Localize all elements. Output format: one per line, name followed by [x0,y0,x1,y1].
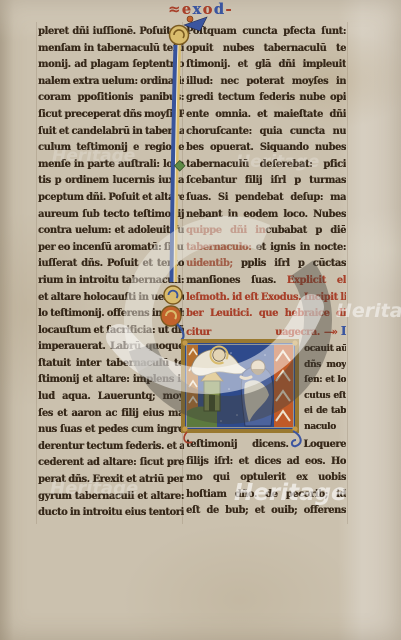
text-segment: ſicut preceperat dñs moyſi. Po [38,109,184,120]
text-line: ſes et aaron ac filij eius ma [38,406,184,423]
text-line: pleret dñi iuſſionē. Poſuit et [38,24,184,41]
text-line: manſiones ſuas. Explicit el [186,273,346,290]
text-segment: ſuit et candelabrū in taberna [38,126,184,137]
text-line: cederent ad altare: ſicut pre [38,455,184,472]
header-flourish: ≈ [168,1,182,18]
text-line: ſtimonij. et glā dñi impleuit [186,57,346,74]
text-line: mo qui optulerit ex uobis [186,470,346,487]
text-segment: pplis iſrl p cūctas [233,258,346,269]
text-line: locauſtum et ſacrificia: ut dñs [38,323,184,340]
text-segment: nebant in eodem loco. Nubes [186,209,346,220]
text-segment: —» [324,327,336,338]
text-segment: filijs iſrl: et dices ad eos. Ho [186,456,346,467]
text-segment: imperauerat. Labrū quoque [38,341,184,352]
text-segment: derentur tectum federis. et ac [38,441,184,452]
text-segment: lud aqua. Laueruntq; moy [38,391,184,402]
text-line: bes opuerat. Siquando nubes [186,140,346,157]
text-line: iuſſerat dñs. Poſuit et tento [38,256,184,273]
right-text-column-beside-initial: ocauit aūdñs moyſen: et locutus eſtei de… [304,342,346,436]
text-segment: ſcebantur filij iſrl p turmas [186,175,346,186]
text-segment: opuit nubes tabernaculū te [186,43,346,54]
text-line: citur uagecra.—»I [186,323,346,340]
text-segment: ſtimonij et altare: implens il [38,374,184,385]
text-segment: cederent ad altare: ſicut pre [38,457,184,468]
text-segment: menſe in parte auſtrali: loca [38,159,184,170]
text-segment: ſtatuit inter tabernaculū te [38,358,184,369]
text-line: ſen: et lo [304,373,346,389]
text-line: ber Leuitici. que hebraice di [186,306,346,323]
text-segment: gredi tectum federis nube opi [186,92,346,103]
text-line: lud aqua. Laueruntq; moy [38,389,184,406]
text-segment: ſtimonij. et glā dñi impleuit [186,59,346,70]
header-letter: x [192,1,202,18]
text-line: ſicut preceperat dñs moyſi. Po [38,107,184,124]
right-text-column-bottom: teſtimonij dicens. Loquerefilijs iſrl: e… [186,437,346,520]
text-segment: dñs moy [304,360,346,370]
text-line: illud: nec poterat moyſes in [186,74,346,91]
text-segment: hoſtiam dño. de pecorib; id [186,489,346,500]
text-segment: aureum ſub tecto teſtimonij [38,209,184,220]
text-segment: choruſcante: quia cuncta nu [186,126,346,137]
text-line: pceptum dñi. Poſuit et altare [38,190,184,207]
text-segment: ducto in introitu eius tentorio. [38,507,184,518]
text-segment: ſuas. Si pendebat deſup: ma [186,192,346,203]
text-segment: bes opuerat. Siquando nubes [186,142,346,153]
text-line: opuit nubes tabernaculū te [186,41,346,58]
left-text-column: pleret dñi iuſſionē. Poſuit etmenſam in … [38,24,184,522]
text-segment: perat dñs. Erexit et atriū per [38,474,184,485]
text-line: tabernaculū deſerebat: pfici [186,157,346,174]
text-line: filijs iſrl: et dices ad eos. Ho [186,454,346,471]
text-segment: tabernaculū deſerebat: pfici [186,159,346,170]
text-segment: ocauit aū [304,344,346,354]
text-segment: rium in introitu tabernaculi: [38,275,184,286]
text-segment: per eo incenſū aromatū: ſicut [38,242,184,253]
text-line: teſtimonij dicens. Loquere [186,437,346,454]
text-segment: tis p ordinem lucernis iuxta [38,175,184,186]
text-line: menſam in tabernaculū teſti [38,41,184,58]
header-flourish: - [225,1,233,18]
header-letter: e [182,1,193,18]
text-line: ei de tab [304,404,346,420]
text-segment: et ignis in nocte: [251,242,346,253]
text-segment: menſam in tabernaculū teſti [38,43,184,54]
text-segment: leſmoth. id eſt Exodus. Incipit li [186,292,346,303]
text-line: rium in introitu tabernaculi: [38,273,184,290]
text-line: nus ſuas et pedes cum ingre [38,422,184,439]
text-segment: uidentib; [186,258,233,269]
text-line: nalem extra uelum: ordinatis [38,74,184,91]
text-segment: iuſſerat dñs. Poſuit et tento [38,258,184,269]
text-segment: ſen: et lo [304,375,346,385]
running-header: ≈exod- [0,1,401,19]
text-line: coram ppoſitionis panibus: [38,90,184,107]
ruling-line [36,22,37,524]
text-line: naculo [304,420,346,436]
text-segment: cutus eſt [304,391,346,401]
header-letter: o [203,1,214,18]
text-line: dñs moy [304,358,346,374]
text-line: hoſtiam dño. de pecorib; id [186,487,346,504]
text-line: ſtimonij et altare: implens il [38,372,184,389]
text-line: ducto in introitu eius tentorio. [38,505,184,522]
text-segment: coram ppoſitionis panibus: [38,92,184,103]
text-segment: I [341,324,346,338]
text-line: per eo incenſū aromatū: ſicut [38,240,184,257]
text-line: ſtatuit inter tabernaculū te [38,356,184,373]
text-line: et altare holocauſti in ueſtibu [38,290,184,307]
text-line: ocauit aū [304,342,346,358]
text-line: tabernaculo: et ignis in nocte: [186,240,346,257]
text-segment: ber Leuitici. que hebraice di [186,308,346,319]
text-line: choruſcante: quia cuncta nu [186,124,346,141]
text-segment: monij. ad plagam ſeptentrio [38,59,184,70]
text-line: perat dñs. Erexit et atriū per [38,472,184,489]
header-letter: d [214,1,226,18]
text-line: gredi tectum federis nube opi [186,90,346,107]
text-segment: manſiones ſuas. [186,275,287,286]
text-segment: cubabat p diē [265,225,346,236]
text-line: ſcebantur filij iſrl p turmas [186,173,346,190]
text-line: ſuas. Si pendebat deſup: ma [186,190,346,207]
text-segment: gyrum tabernaculi et altare: [38,491,184,502]
text-line: uidentib; pplis iſrl p cūctas [186,256,346,273]
text-line: imperauerat. Labrū quoque [38,339,184,356]
text-segment: teſtimonij dicens. Loquere [186,439,346,450]
text-segment: pceptum dñi. Poſuit et altare [38,192,184,203]
text-segment: ſes et aaron ac filij eius ma [38,408,184,419]
text-segment: lo teſtimonij. offerens in eo ho [38,308,184,319]
text-line: eſt de bub; et ouib; offerens [186,503,346,520]
text-segment: tabernaculo: [186,242,251,253]
text-segment: Explicit el [287,275,346,286]
text-segment: pleret dñi iuſſionē. Poſuit et [38,26,184,37]
text-line: tis p ordinem lucernis iuxta [38,173,184,190]
text-line: culum teſtimonij e regione [38,140,184,157]
text-line: monij. ad plagam ſeptentrio [38,57,184,74]
manuscript-page: ≈exod- pleret dñi iuſſionē. Poſuit etmen… [0,0,401,640]
text-segment: Poſtquam cuncta pfecta ſunt: [186,26,346,37]
text-segment: naculo [304,422,336,432]
text-line: menſe in parte auſtrali: loca [38,157,184,174]
text-line: derentur tectum federis. et ac [38,439,184,456]
text-segment: illud: nec poterat moyſes in [186,76,346,87]
text-line: leſmoth. id eſt Exodus. Incipit li [186,290,346,307]
historiated-initial-illustration [181,339,299,433]
text-segment: locauſtum et ſacrificia: ut dñs [38,325,184,336]
text-line: aureum ſub tecto teſtimonij [38,207,184,224]
text-segment: contra uelum: et adoleuit ſu [38,225,184,236]
text-line: contra uelum: et adoleuit ſu [38,223,184,240]
text-line: nebant in eodem loco. Nubes [186,207,346,224]
text-line: lo teſtimonij. offerens in eo ho [38,306,184,323]
text-line: ente omnia. et maieſtate dñi [186,107,346,124]
text-segment: et altare holocauſti in ueſtibu [38,292,184,303]
ruling-line [347,22,348,524]
text-segment: ente omnia. et maieſtate dñi [186,109,346,120]
text-segment: nalem extra uelum: ordinatis [38,76,184,87]
text-line: cutus eſt [304,389,346,405]
text-line: gyrum tabernaculi et altare: [38,489,184,506]
text-segment: mo qui optulerit ex uobis [186,472,346,483]
text-line: Poſtquam cuncta pfecta ſunt: [186,24,346,41]
text-line: quippe dñi incubabat p diē [186,223,346,240]
text-segment: eſt de bub; et ouib; offerens [186,505,346,516]
text-line: ſuit et candelabrū in taberna [38,124,184,141]
text-segment: quippe dñi in [186,225,265,236]
text-segment: culum teſtimonij e regione [38,142,184,153]
text-segment: nus ſuas et pedes cum ingre [38,424,184,435]
text-segment: ei de tab [304,406,346,416]
right-text-column-top: Poſtquam cuncta pfecta ſunt:opuit nubes … [186,24,346,339]
text-segment: citur uagecra. [186,327,320,338]
